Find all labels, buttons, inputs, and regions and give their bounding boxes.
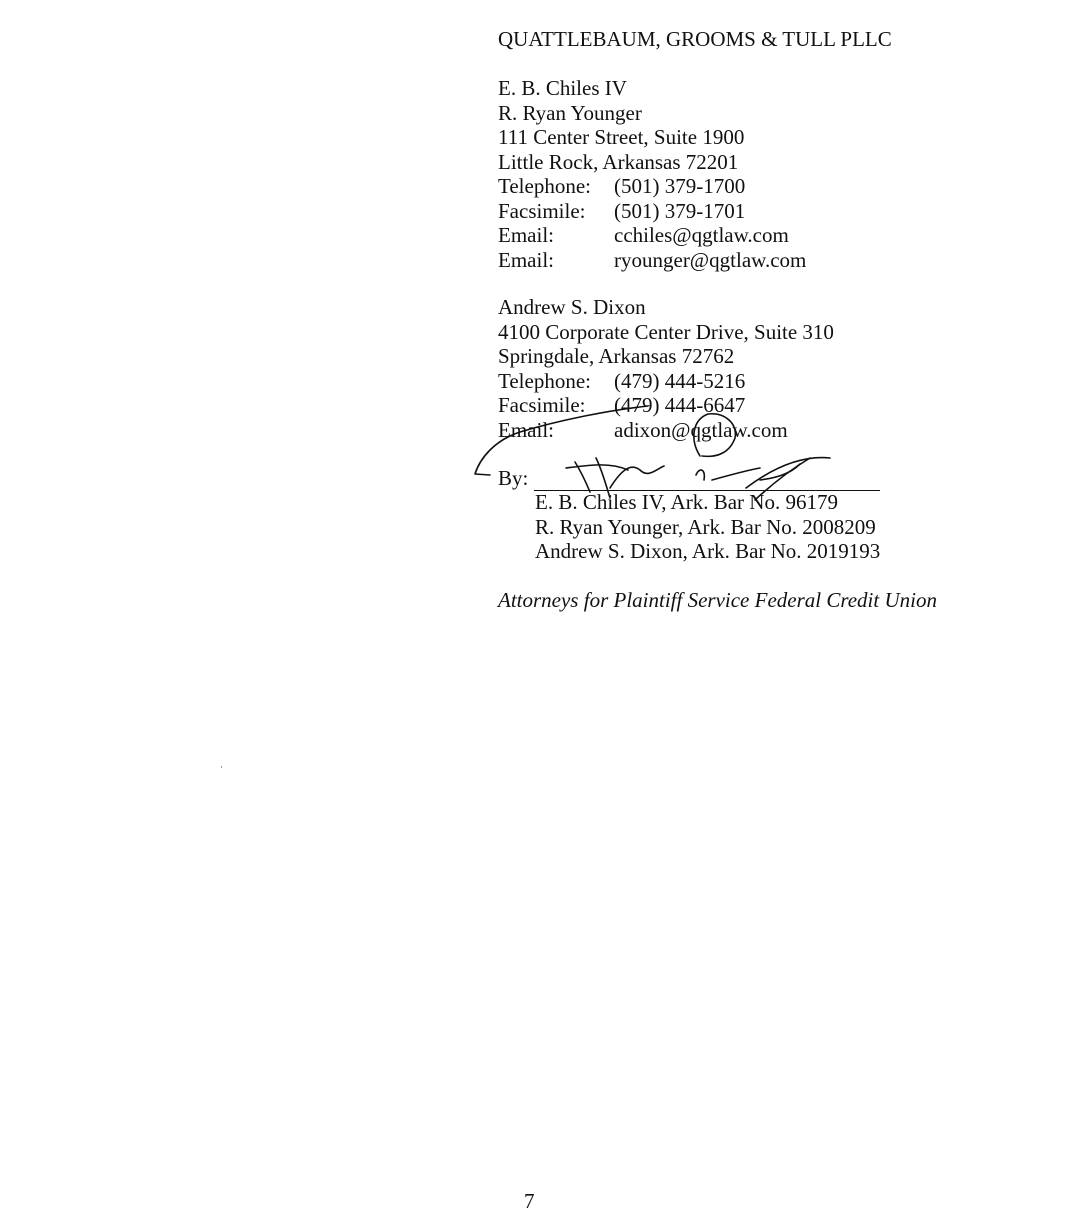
attorney-name: E. B. Chiles IV — [498, 76, 806, 101]
email-row: Email: cchiles@qgtlaw.com — [498, 223, 806, 248]
document-page: QUATTLEBAUM, GROOMS & TULL PLLC E. B. Ch… — [0, 0, 1080, 1215]
email-row: Email: ryounger@qgtlaw.com — [498, 248, 806, 273]
firm-name: QUATTLEBAUM, GROOMS & TULL PLLC — [498, 27, 892, 51]
email-value: adixon@qgtlaw.com — [614, 418, 788, 443]
signer-entry: Andrew S. Dixon, Ark. Bar No. 2019193 — [535, 539, 880, 564]
signer-entry: E. B. Chiles IV, Ark. Bar No. 96179 — [535, 490, 880, 515]
by-label: By: — [498, 466, 528, 491]
office-block-springdale: Andrew S. Dixon 4100 Corporate Center Dr… — [498, 295, 834, 442]
address-line: Little Rock, Arkansas 72201 — [498, 150, 806, 175]
contact-label: Facsimile: — [498, 199, 614, 224]
contact-label: Email: — [498, 223, 614, 248]
contact-label: Telephone: — [498, 369, 614, 394]
facsimile-row: Facsimile: (479) 444-6647 — [498, 393, 834, 418]
attorney-name: Andrew S. Dixon — [498, 295, 834, 320]
signer-entry: R. Ryan Younger, Ark. Bar No. 2008209 — [535, 515, 880, 540]
email-value: cchiles@qgtlaw.com — [614, 223, 789, 248]
facsimile-value: (479) 444-6647 — [614, 393, 745, 418]
telephone-value: (479) 444-5216 — [614, 369, 745, 394]
telephone-value: (501) 379-1700 — [614, 174, 745, 199]
contact-label: Telephone: — [498, 174, 614, 199]
office-block-little-rock: E. B. Chiles IV R. Ryan Younger 111 Cent… — [498, 76, 806, 272]
address-line: Springdale, Arkansas 72762 — [498, 344, 834, 369]
address-line: 111 Center Street, Suite 1900 — [498, 125, 806, 150]
contact-label: Facsimile: — [498, 393, 614, 418]
signature-line: By: — [498, 466, 880, 491]
address-line: 4100 Corporate Center Drive, Suite 310 — [498, 320, 834, 345]
telephone-row: Telephone: (479) 444-5216 — [498, 369, 834, 394]
attorney-name: R. Ryan Younger — [498, 101, 806, 126]
telephone-row: Telephone: (501) 379-1700 — [498, 174, 806, 199]
email-row: Email: adixon@qgtlaw.com — [498, 418, 834, 443]
email-value: ryounger@qgtlaw.com — [614, 248, 806, 273]
facsimile-row: Facsimile: (501) 379-1701 — [498, 199, 806, 224]
scan-speck — [221, 766, 222, 768]
signature-rule — [534, 468, 880, 491]
contact-label: Email: — [498, 418, 614, 443]
page-number: 7 — [524, 1189, 535, 1213]
signer-list: E. B. Chiles IV, Ark. Bar No. 96179 R. R… — [535, 490, 880, 564]
facsimile-value: (501) 379-1701 — [614, 199, 745, 224]
attorneys-for-caption: Attorneys for Plaintiff Service Federal … — [498, 588, 937, 612]
contact-label: Email: — [498, 248, 614, 273]
